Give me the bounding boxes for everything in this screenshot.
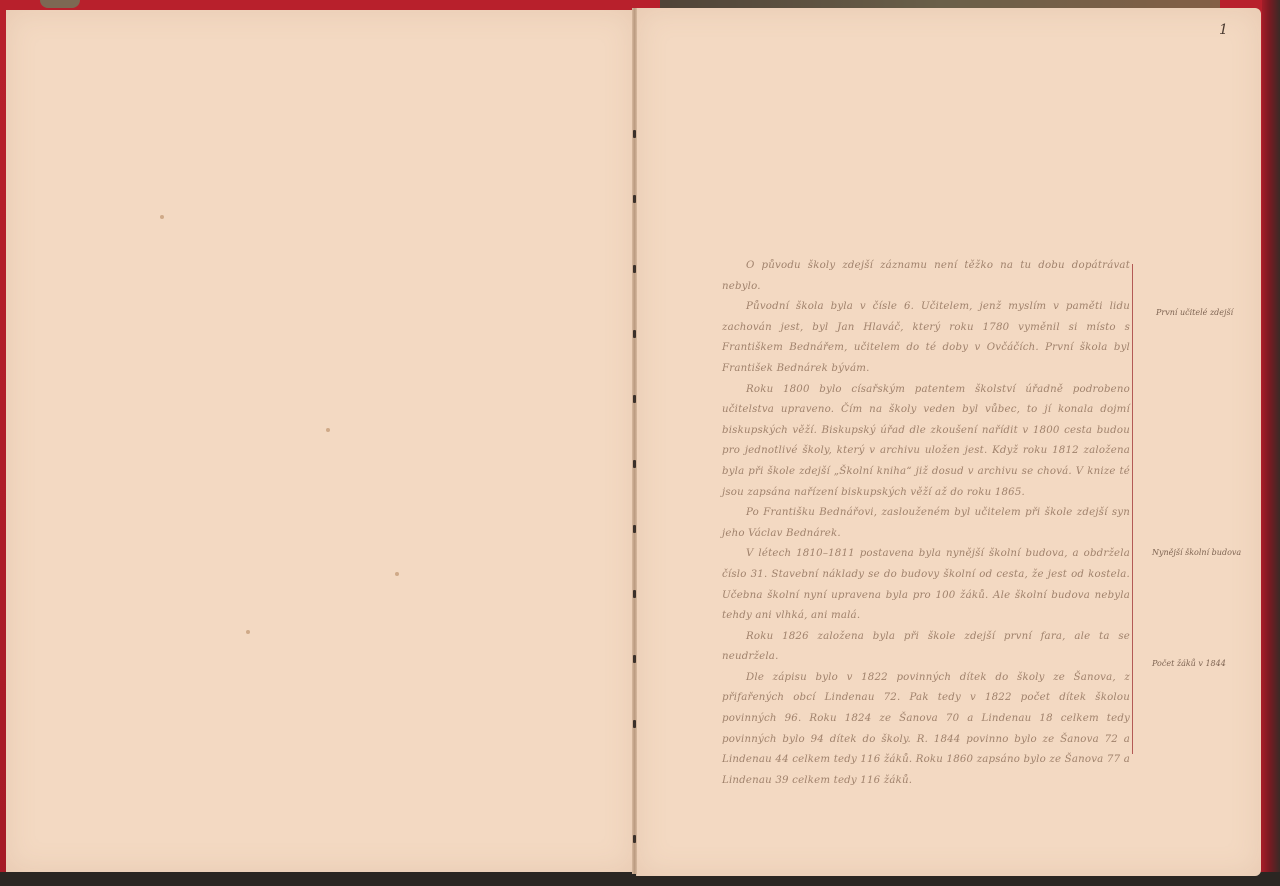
binding-stitch: [633, 655, 636, 663]
paragraph: Původní škola byla v čísle 6. Učitelem, …: [722, 297, 1130, 379]
binding-stitch: [633, 460, 636, 468]
cover-right-edge: [1262, 0, 1280, 886]
binding-stitch: [633, 395, 636, 403]
left-page: [6, 10, 635, 872]
cover-wear-mark: [40, 0, 80, 8]
binding-stitch: [633, 330, 636, 338]
cover-top-edge: [660, 0, 1220, 8]
paragraph: O původu školy zdejší záznamu není těžko…: [722, 256, 1130, 297]
paper-spot: [246, 630, 250, 634]
binding-stitch: [633, 130, 636, 138]
margin-note-pupils: Počet žáků v 1844: [1152, 657, 1252, 671]
margin-note-teachers: První učitelé zdejší: [1156, 306, 1236, 320]
paragraph: Roku 1826 založena byla při škole zdejší…: [722, 627, 1130, 668]
binding-stitch: [633, 590, 636, 598]
paper-spot: [160, 215, 164, 219]
binding-stitch: [633, 525, 636, 533]
margin-note-building: Nynější školní budova: [1152, 546, 1252, 560]
page-number: 1: [1219, 22, 1228, 38]
paragraph: Roku 1800 bylo císařským patentem školst…: [722, 380, 1130, 504]
chronicle-text: O původu školy zdejší záznamu není těžko…: [722, 256, 1130, 791]
binding-stitch: [633, 835, 636, 843]
margin-rule: [1132, 264, 1133, 754]
paragraph: Po Františku Bednářovi, zaslouženém byl …: [722, 503, 1130, 544]
binding-stitch: [633, 195, 636, 203]
paragraph: V létech 1810–1811 postavena byla nynějš…: [722, 544, 1130, 626]
binding-stitch: [633, 265, 636, 273]
binding-stitch: [633, 720, 636, 728]
paper-spot: [326, 428, 330, 432]
paragraph: Dle zápisu bylo v 1822 povinných dítek d…: [722, 668, 1130, 792]
paper-spot: [395, 572, 399, 576]
